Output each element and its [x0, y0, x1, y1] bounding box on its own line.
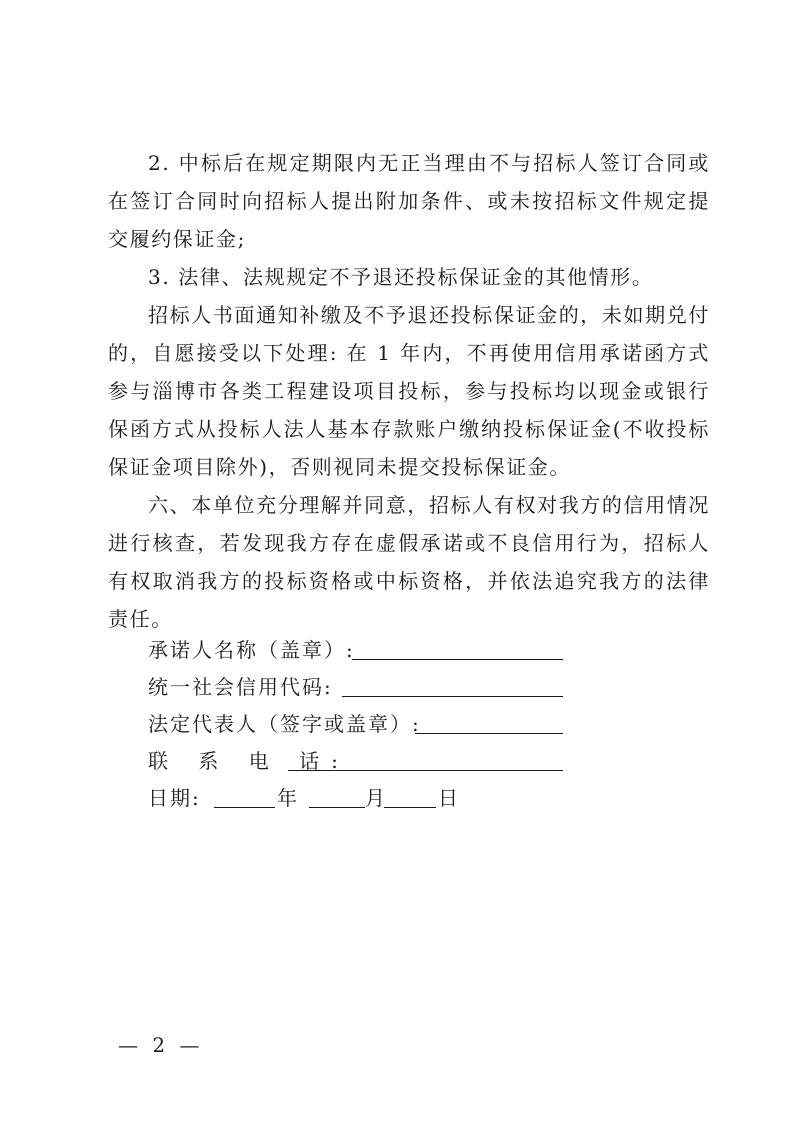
phone-field[interactable]	[288, 770, 563, 771]
document-page: 2. 中标后在规定期限内无正当理由不与招标人签订合同或在签订合同时向招标人提出附…	[0, 0, 793, 1122]
credit-code-label: 统一社会信用代码:	[148, 672, 333, 702]
date-label: 日期:	[148, 783, 201, 813]
date-month-label: 月	[365, 783, 387, 813]
legal-representative-field[interactable]	[415, 733, 563, 734]
signature-row-legal-representative: 法定代表人（签字或盖章）:	[148, 709, 568, 739]
signature-row-date: 日期: 年 月 日	[148, 783, 568, 813]
page-number: — 2 —	[118, 1032, 203, 1058]
legal-representative-label: 法定代表人（签字或盖章）:	[148, 709, 421, 739]
paragraph-section-6: 六、本单位充分理解并同意，招标人有权对我方的信用情况进行核查，若发现我方存在虚假…	[108, 486, 710, 638]
credit-code-field[interactable]	[342, 696, 563, 697]
promisor-name-label: 承诺人名称（盖章）:	[148, 635, 355, 665]
signature-row-credit-code: 统一社会信用代码:	[148, 672, 568, 702]
paragraph-penalty: 招标人书面通知补缴及不予退还投标保证金的，未如期兑付的，自愿接受以下处理: 在 …	[108, 296, 710, 486]
date-day-label: 日	[438, 783, 460, 813]
promisor-name-field[interactable]	[352, 659, 563, 660]
date-month-field[interactable]	[309, 807, 365, 808]
signature-row-phone: 联 系 电 话:	[148, 746, 568, 776]
phone-label: 联 系 电 话:	[148, 746, 350, 776]
date-year-field[interactable]	[214, 807, 275, 808]
paragraph-item-2: 2. 中标后在规定期限内无正当理由不与招标人签订合同或在签订合同时向招标人提出附…	[108, 144, 710, 258]
date-year-label: 年	[277, 783, 299, 813]
signature-row-promisor-name: 承诺人名称（盖章）:	[148, 635, 568, 665]
date-day-field[interactable]	[384, 807, 436, 808]
paragraph-item-3: 3. 法律、法规规定不予退还投标保证金的其他情形。	[108, 258, 710, 296]
